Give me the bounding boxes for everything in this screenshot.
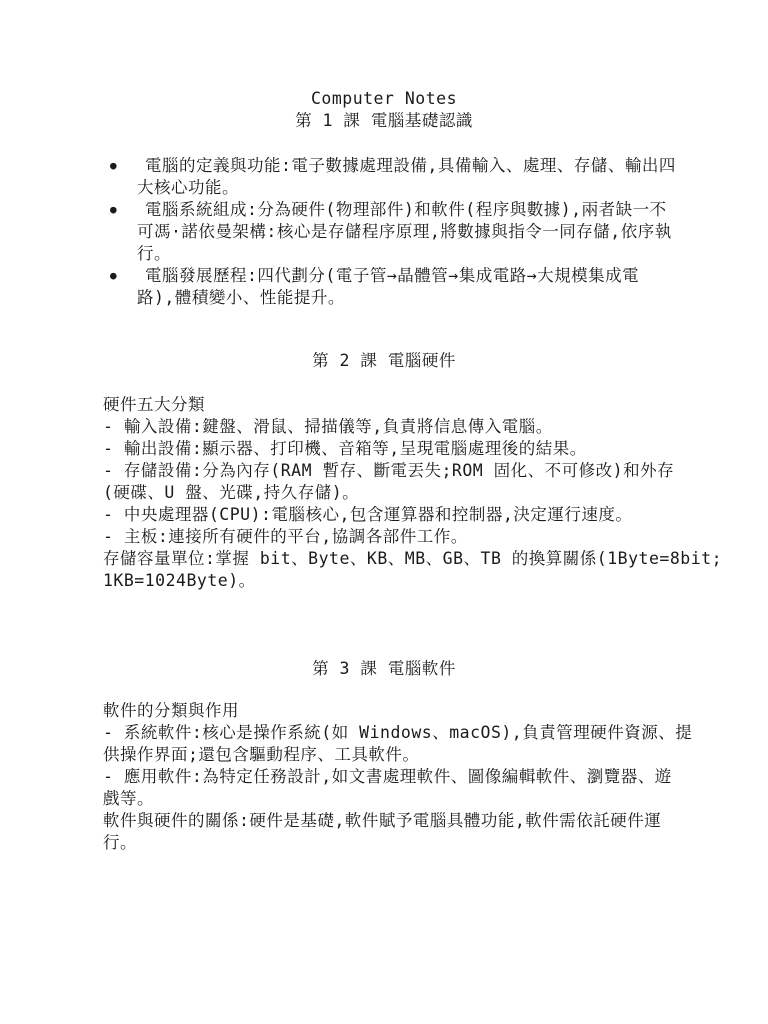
bullet-text-line: 可馮·諾依曼架構:核心是存儲程序原理,將數據與指令一同存儲,依序執: [137, 221, 768, 243]
section-1-bullet-list: ● 電腦的定義與功能:電子數據處理設備,具備輸入、處理、存儲、輸出四 大核心功能…: [103, 155, 768, 309]
body-text-line: - 輸入設備:鍵盤、滑鼠、掃描儀等,負責將信息傳入電腦。: [103, 416, 768, 438]
body-text-line: 軟件的分類與作用: [103, 700, 768, 722]
body-text-line: 硬件五大分類: [103, 394, 768, 416]
bullet-item: ● 電腦發展歷程:四代劃分(電子管→晶體管→集成電路→大規模集成電 路),體積變…: [103, 265, 768, 309]
bullet-text-line: 電腦的定義與功能:電子數據處理設備,具備輸入、處理、存儲、輸出四: [145, 155, 768, 177]
body-text-line: 供操作界面;還包含驅動程序、工具軟件。: [103, 744, 768, 766]
body-text-line: - 輸出設備:顯示器、打印機、音箱等,呈現電腦處理後的結果。: [103, 438, 768, 460]
section-1-heading: 第 1 課 電腦基礎認識: [0, 110, 768, 132]
bullet-item: ● 電腦系統組成:分為硬件(物理部件)和軟件(程序與數據),兩者缺一不 可馮·諾…: [103, 199, 768, 265]
bullet-text-line: 大核心功能。: [137, 177, 768, 199]
body-text-line: (硬碟、U 盤、光碟,持久存儲)。: [103, 482, 768, 504]
body-text-line: - 中央處理器(CPU):電腦核心,包含運算器和控制器,決定運行速度。: [103, 504, 768, 526]
body-text-line: 行。: [103, 832, 768, 854]
body-text-line: 戲等。: [103, 788, 768, 810]
bullet-item: ● 電腦的定義與功能:電子數據處理設備,具備輸入、處理、存儲、輸出四 大核心功能…: [103, 155, 768, 199]
section-2-heading: 第 2 課 電腦硬件: [0, 350, 768, 372]
body-text-line: 存儲容量單位:掌握 bit、Byte、KB、MB、GB、TB 的換算關係(1By…: [103, 548, 768, 570]
bullet-icon: ●: [110, 160, 117, 171]
bullet-icon: ●: [110, 270, 117, 281]
body-text-line: - 應用軟件:為特定任務設計,如文書處理軟件、圖像編輯軟件、瀏覽器、遊: [103, 766, 768, 788]
body-text-line: 軟件與硬件的關係:硬件是基礎,軟件賦予電腦具體功能,軟件需依託硬件運: [103, 810, 768, 832]
section-3-heading: 第 3 課 電腦軟件: [0, 658, 768, 680]
body-text-line: - 系統軟件:核心是操作系統(如 Windows、macOS),負責管理硬件資源…: [103, 722, 768, 744]
bullet-text-line: 路),體積變小、性能提升。: [137, 287, 768, 309]
body-text-line: 1KB=1024Byte)。: [103, 570, 768, 592]
document-title: Computer Notes: [0, 88, 768, 110]
bullet-text-line: 電腦發展歷程:四代劃分(電子管→晶體管→集成電路→大規模集成電: [145, 265, 768, 287]
section-3-body: 軟件的分類與作用 - 系統軟件:核心是操作系統(如 Windows、macOS)…: [103, 700, 768, 854]
bullet-text-line: 電腦系統組成:分為硬件(物理部件)和軟件(程序與數據),兩者缺一不: [145, 199, 768, 221]
section-2-body: 硬件五大分類 - 輸入設備:鍵盤、滑鼠、掃描儀等,負責將信息傳入電腦。 - 輸出…: [103, 394, 768, 592]
document-page: Computer Notes 第 1 課 電腦基礎認識 ● 電腦的定義與功能:電…: [0, 0, 768, 1024]
body-text-line: - 主板:連接所有硬件的平台,協調各部件工作。: [103, 526, 768, 548]
bullet-icon: ●: [110, 204, 117, 215]
body-text-line: - 存儲設備:分為內存(RAM 暫存、斷電丟失;ROM 固化、不可修改)和外存: [103, 460, 768, 482]
bullet-text-line: 行。: [137, 243, 768, 265]
